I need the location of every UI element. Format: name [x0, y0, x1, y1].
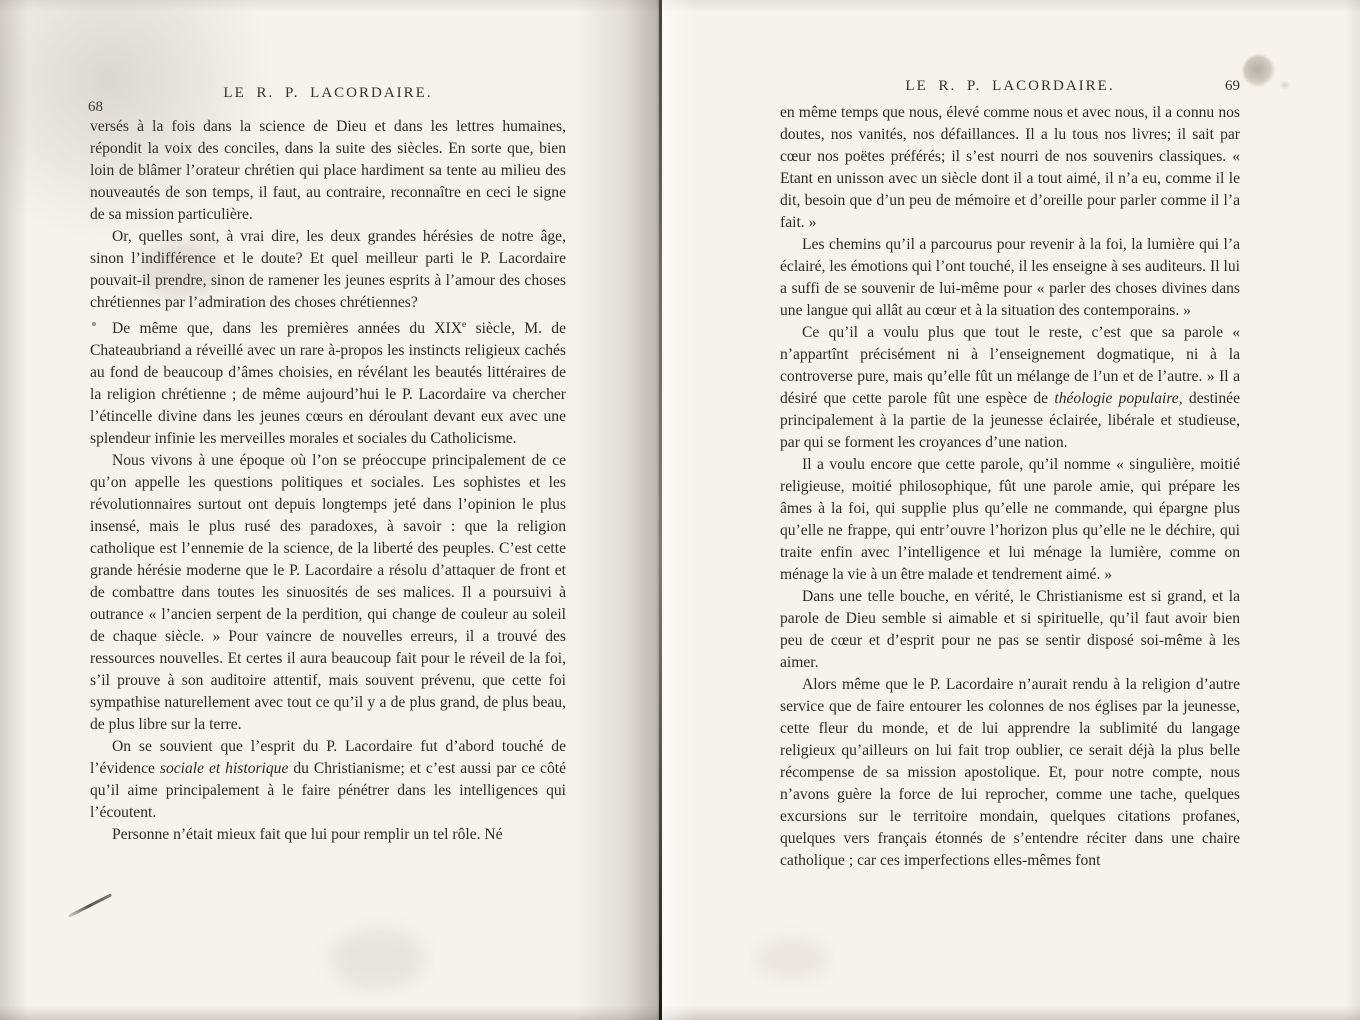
paragraph: De même que, dans les premières années d…	[90, 314, 566, 450]
paragraph: On se souvient que l’esprit du P. Lacord…	[90, 736, 566, 824]
running-header-left: LE R. P. LACORDAIRE.	[90, 85, 566, 102]
smudge	[756, 938, 828, 980]
running-header-right: LE R. P. LACORDAIRE.	[780, 78, 1240, 95]
paragraph: Or, quelles sont, à vrai dire, les deux …	[90, 226, 566, 314]
pen-stroke	[68, 893, 112, 917]
gutter-line	[659, 0, 662, 1020]
bottom-edge-shadow	[0, 1006, 1360, 1020]
ink-blot	[1243, 55, 1275, 87]
ink-dot	[1281, 82, 1289, 88]
left-edge-shadow	[0, 0, 28, 1020]
paragraph: en même temps que nous, élevé comme nous…	[780, 102, 1240, 234]
paragraph: Alors même que le P. Lacordaire n’aurait…	[780, 674, 1240, 872]
text-column-right: en même temps que nous, élevé comme nous…	[780, 102, 1240, 872]
smudge	[330, 928, 426, 990]
top-edge-shadow	[0, 0, 1360, 12]
book-scan: 68 LE R. P. LACORDAIRE. versés à la fois…	[0, 0, 1360, 1020]
paragraph: Il a voulu encore que cette parole, qu’i…	[780, 454, 1240, 586]
paragraph: Ce qu’il a voulu plus que tout le reste,…	[780, 322, 1240, 454]
gutter-highlight	[662, 0, 696, 1020]
paragraph: Dans une telle bouche, en vérité, le Chr…	[780, 586, 1240, 674]
right-edge-shadow	[1344, 0, 1360, 1020]
gutter-shadow	[575, 0, 659, 1020]
text-column-left: versés à la fois dans la science de Dieu…	[90, 116, 566, 846]
paragraph: versés à la fois dans la science de Dieu…	[90, 116, 566, 226]
paragraph: Nous vivons à une époque où l’on se préo…	[90, 450, 566, 736]
paragraph: Personne n’était mieux fait que lui pour…	[90, 824, 566, 846]
paragraph: Les chemins qu’il a parcourus pour reven…	[780, 234, 1240, 322]
